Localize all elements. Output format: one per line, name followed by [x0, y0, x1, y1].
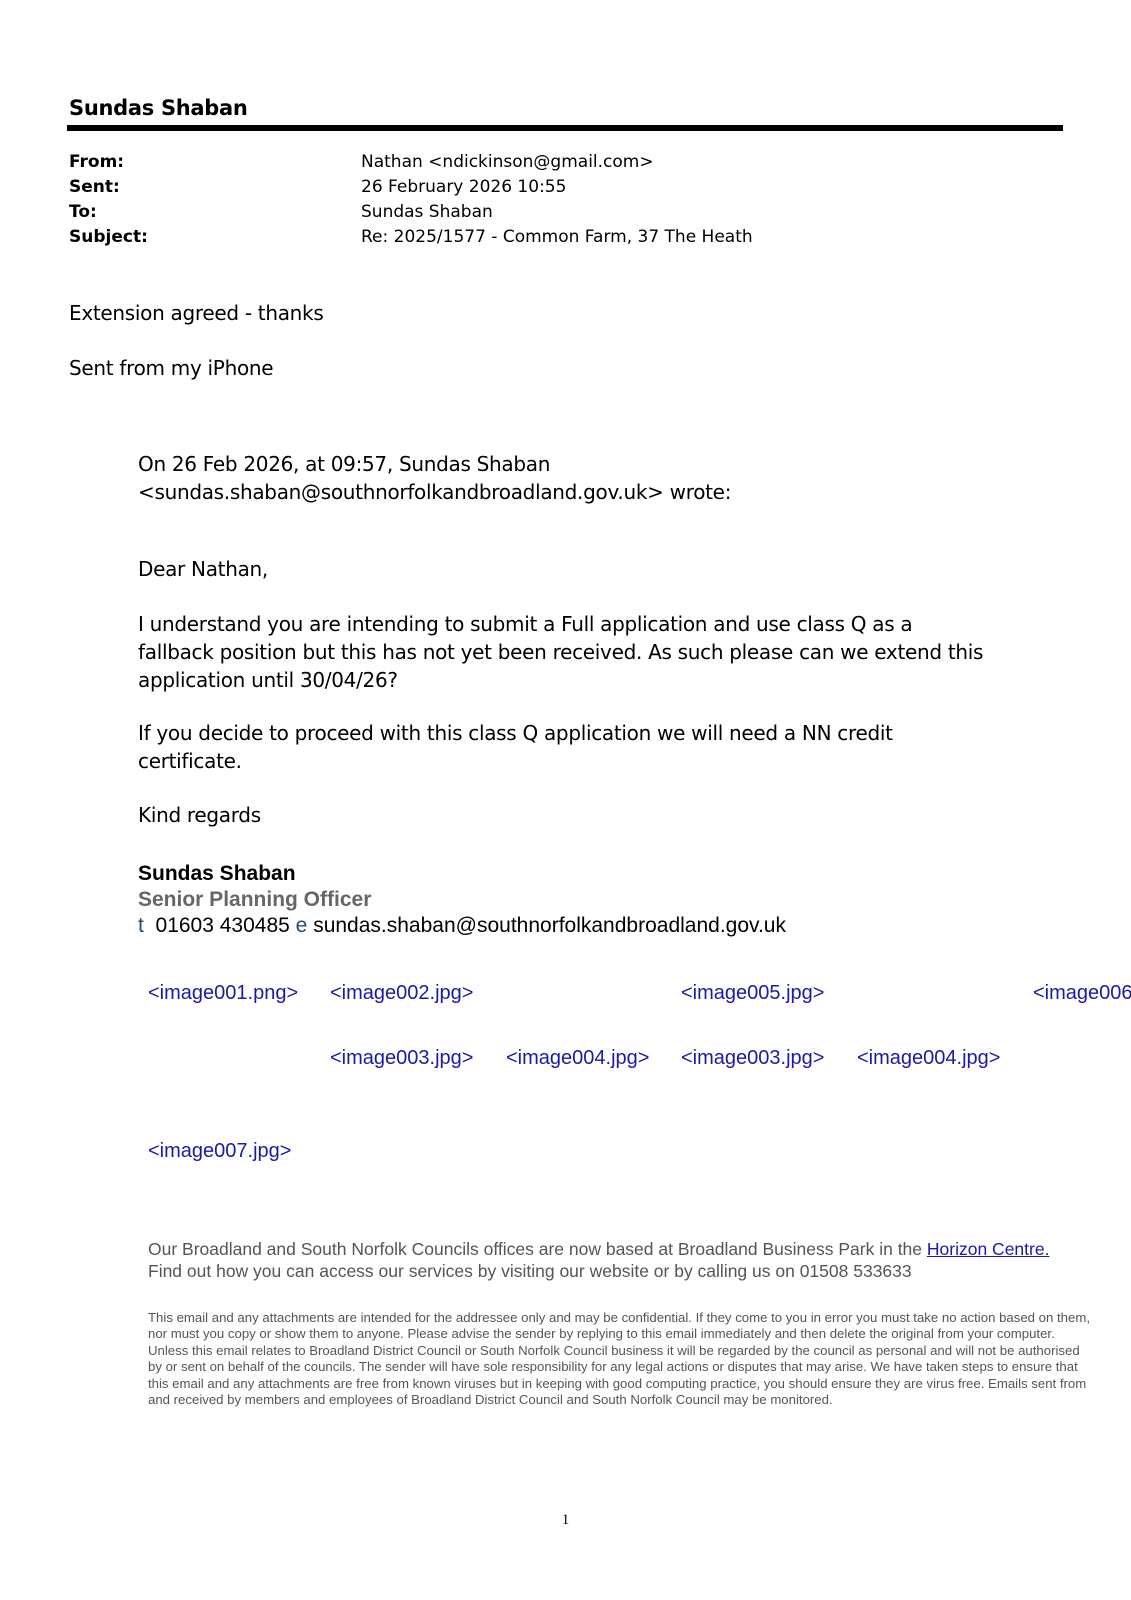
- attachment-placeholder[interactable]: <image003.jpg>: [330, 1047, 473, 1070]
- attachment-placeholder[interactable]: <image005.jpg>: [681, 982, 824, 1005]
- paragraph-line: If you decide to proceed with this class…: [138, 719, 893, 747]
- quoted-paragraph-1: I understand you are intending to submit…: [138, 610, 983, 694]
- paragraph-line: fallback position but this has not yet b…: [138, 638, 983, 666]
- office-notice: Our Broadland and South Norfolk Councils…: [148, 1238, 1078, 1282]
- paragraph-line: I understand you are intending to submit…: [138, 610, 983, 638]
- signature-name: Sundas Shaban: [138, 862, 296, 886]
- reply-text: Extension agreed - thanks: [69, 301, 323, 325]
- signature-contact: t 01603 430485 e sundas.shaban@southnorf…: [138, 914, 786, 938]
- signature-email[interactable]: sundas.shaban@southnorfolkandbroadland.g…: [313, 914, 786, 937]
- page-title: Sundas Shaban: [69, 96, 248, 120]
- to-label: To:: [69, 202, 97, 222]
- to-value: Sundas Shaban: [361, 202, 493, 222]
- quoted-intro-line: <sundas.shaban@southnorfolkandbroadland.…: [138, 478, 731, 506]
- sent-label: Sent:: [69, 177, 120, 197]
- signature-role: Senior Planning Officer: [138, 888, 371, 912]
- horizon-centre-link[interactable]: Horizon Centre.: [927, 1239, 1050, 1259]
- quoted-intro: On 26 Feb 2026, at 09:57, Sundas Shaban …: [138, 450, 731, 506]
- phone-label: t: [138, 914, 144, 937]
- attachment-placeholder[interactable]: <image001.png>: [148, 982, 298, 1005]
- page-number: 1: [0, 1512, 1131, 1529]
- quoted-greeting: Dear Nathan,: [138, 555, 268, 583]
- from-value: Nathan <ndickinson@gmail.com>: [361, 152, 654, 172]
- notice-text: Find out how you can access our services…: [148, 1261, 912, 1281]
- attachment-placeholder[interactable]: <image007.jpg>: [148, 1140, 291, 1163]
- attachment-placeholder[interactable]: <image004.jpg>: [506, 1047, 649, 1070]
- quoted-paragraph-2: If you decide to proceed with this class…: [138, 719, 893, 775]
- notice-text: Our Broadland and South Norfolk Councils…: [148, 1239, 927, 1259]
- from-label: From:: [69, 152, 124, 172]
- reply-signature: Sent from my iPhone: [69, 356, 273, 380]
- legal-disclaimer: This email and any attachments are inten…: [148, 1310, 1093, 1408]
- paragraph-line: certificate.: [138, 747, 893, 775]
- signature-phone: 01603 430485: [156, 914, 290, 937]
- email-label: e: [296, 914, 308, 937]
- quoted-closing: Kind regards: [138, 801, 261, 829]
- sent-value: 26 February 2026 10:55: [361, 177, 566, 197]
- attachment-placeholder[interactable]: <image004.jpg>: [857, 1047, 1000, 1070]
- attachment-placeholder[interactable]: <image003.jpg>: [681, 1047, 824, 1070]
- subject-value: Re: 2025/1577 - Common Farm, 37 The Heat…: [361, 227, 753, 247]
- attachment-placeholder[interactable]: <image006.jpg>: [1033, 982, 1131, 1005]
- title-divider: [67, 125, 1063, 131]
- quoted-intro-line: On 26 Feb 2026, at 09:57, Sundas Shaban: [138, 450, 731, 478]
- attachment-placeholder[interactable]: <image002.jpg>: [330, 982, 473, 1005]
- subject-label: Subject:: [69, 227, 148, 247]
- paragraph-line: application until 30/04/26?: [138, 666, 983, 694]
